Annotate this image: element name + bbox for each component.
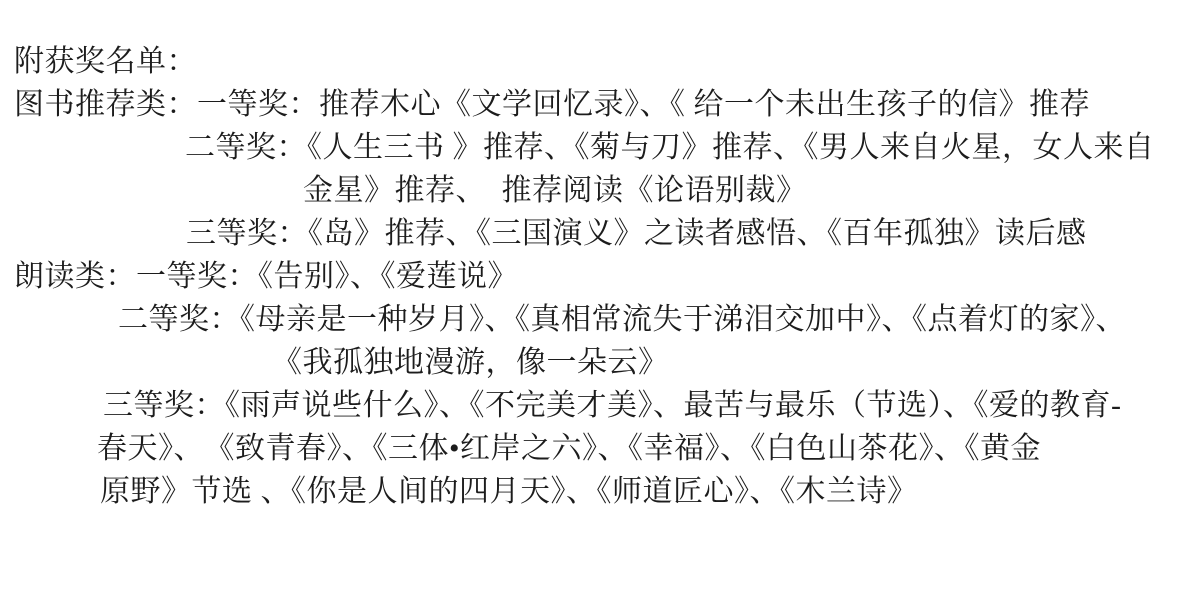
reading-category-third-prize-line: 三等奖：《雨声说些什么》、《不完美才美》、最苦与最乐（节选）、《爱的教育- bbox=[0, 384, 1200, 427]
reading-category-second-prize-continuation-line: 《我孤独地漫游，像一朵云》 bbox=[0, 341, 1200, 384]
book-category-second-prize-continuation-line: 金星》推荐、 推荐阅读《论语别裁》 bbox=[0, 169, 1200, 212]
reading-category-third-prize-continuation-line-2: 原野》节选 、《你是人间的四月天》、《师道匠心》、《木兰诗》 bbox=[0, 470, 1200, 513]
book-category-third-prize-line: 三等奖：《岛》推荐、《三国演义》之读者感悟、《百年孤独》读后感 bbox=[0, 212, 1200, 255]
reading-category-second-prize-line: 二等奖：《母亲是一种岁月》、《真相常流失于涕泪交加中》、《点着灯的家》、 bbox=[0, 298, 1200, 341]
reading-category-first-prize-line: 朗读类：一等奖：《告别》、《爱莲说》 bbox=[0, 255, 1200, 298]
book-category-first-prize-line: 图书推荐类：一等奖：推荐木心《文学回忆录》、《 给一个未出生孩子的信》推荐 bbox=[0, 83, 1200, 126]
document-page: 附获奖名单： 图书推荐类：一等奖：推荐木心《文学回忆录》、《 给一个未出生孩子的… bbox=[0, 0, 1200, 596]
book-category-second-prize-line: 二等奖：《人生三书 》推荐、《菊与刀》推荐、《男人来自火星，女人来自 bbox=[0, 126, 1200, 169]
reading-category-third-prize-continuation-line-1: 春天》、 《致青春》、《三体•红岸之六》、《幸福》、《白色山茶花》、《黄金 bbox=[0, 427, 1200, 470]
page-title: 附获奖名单： bbox=[0, 40, 1200, 83]
